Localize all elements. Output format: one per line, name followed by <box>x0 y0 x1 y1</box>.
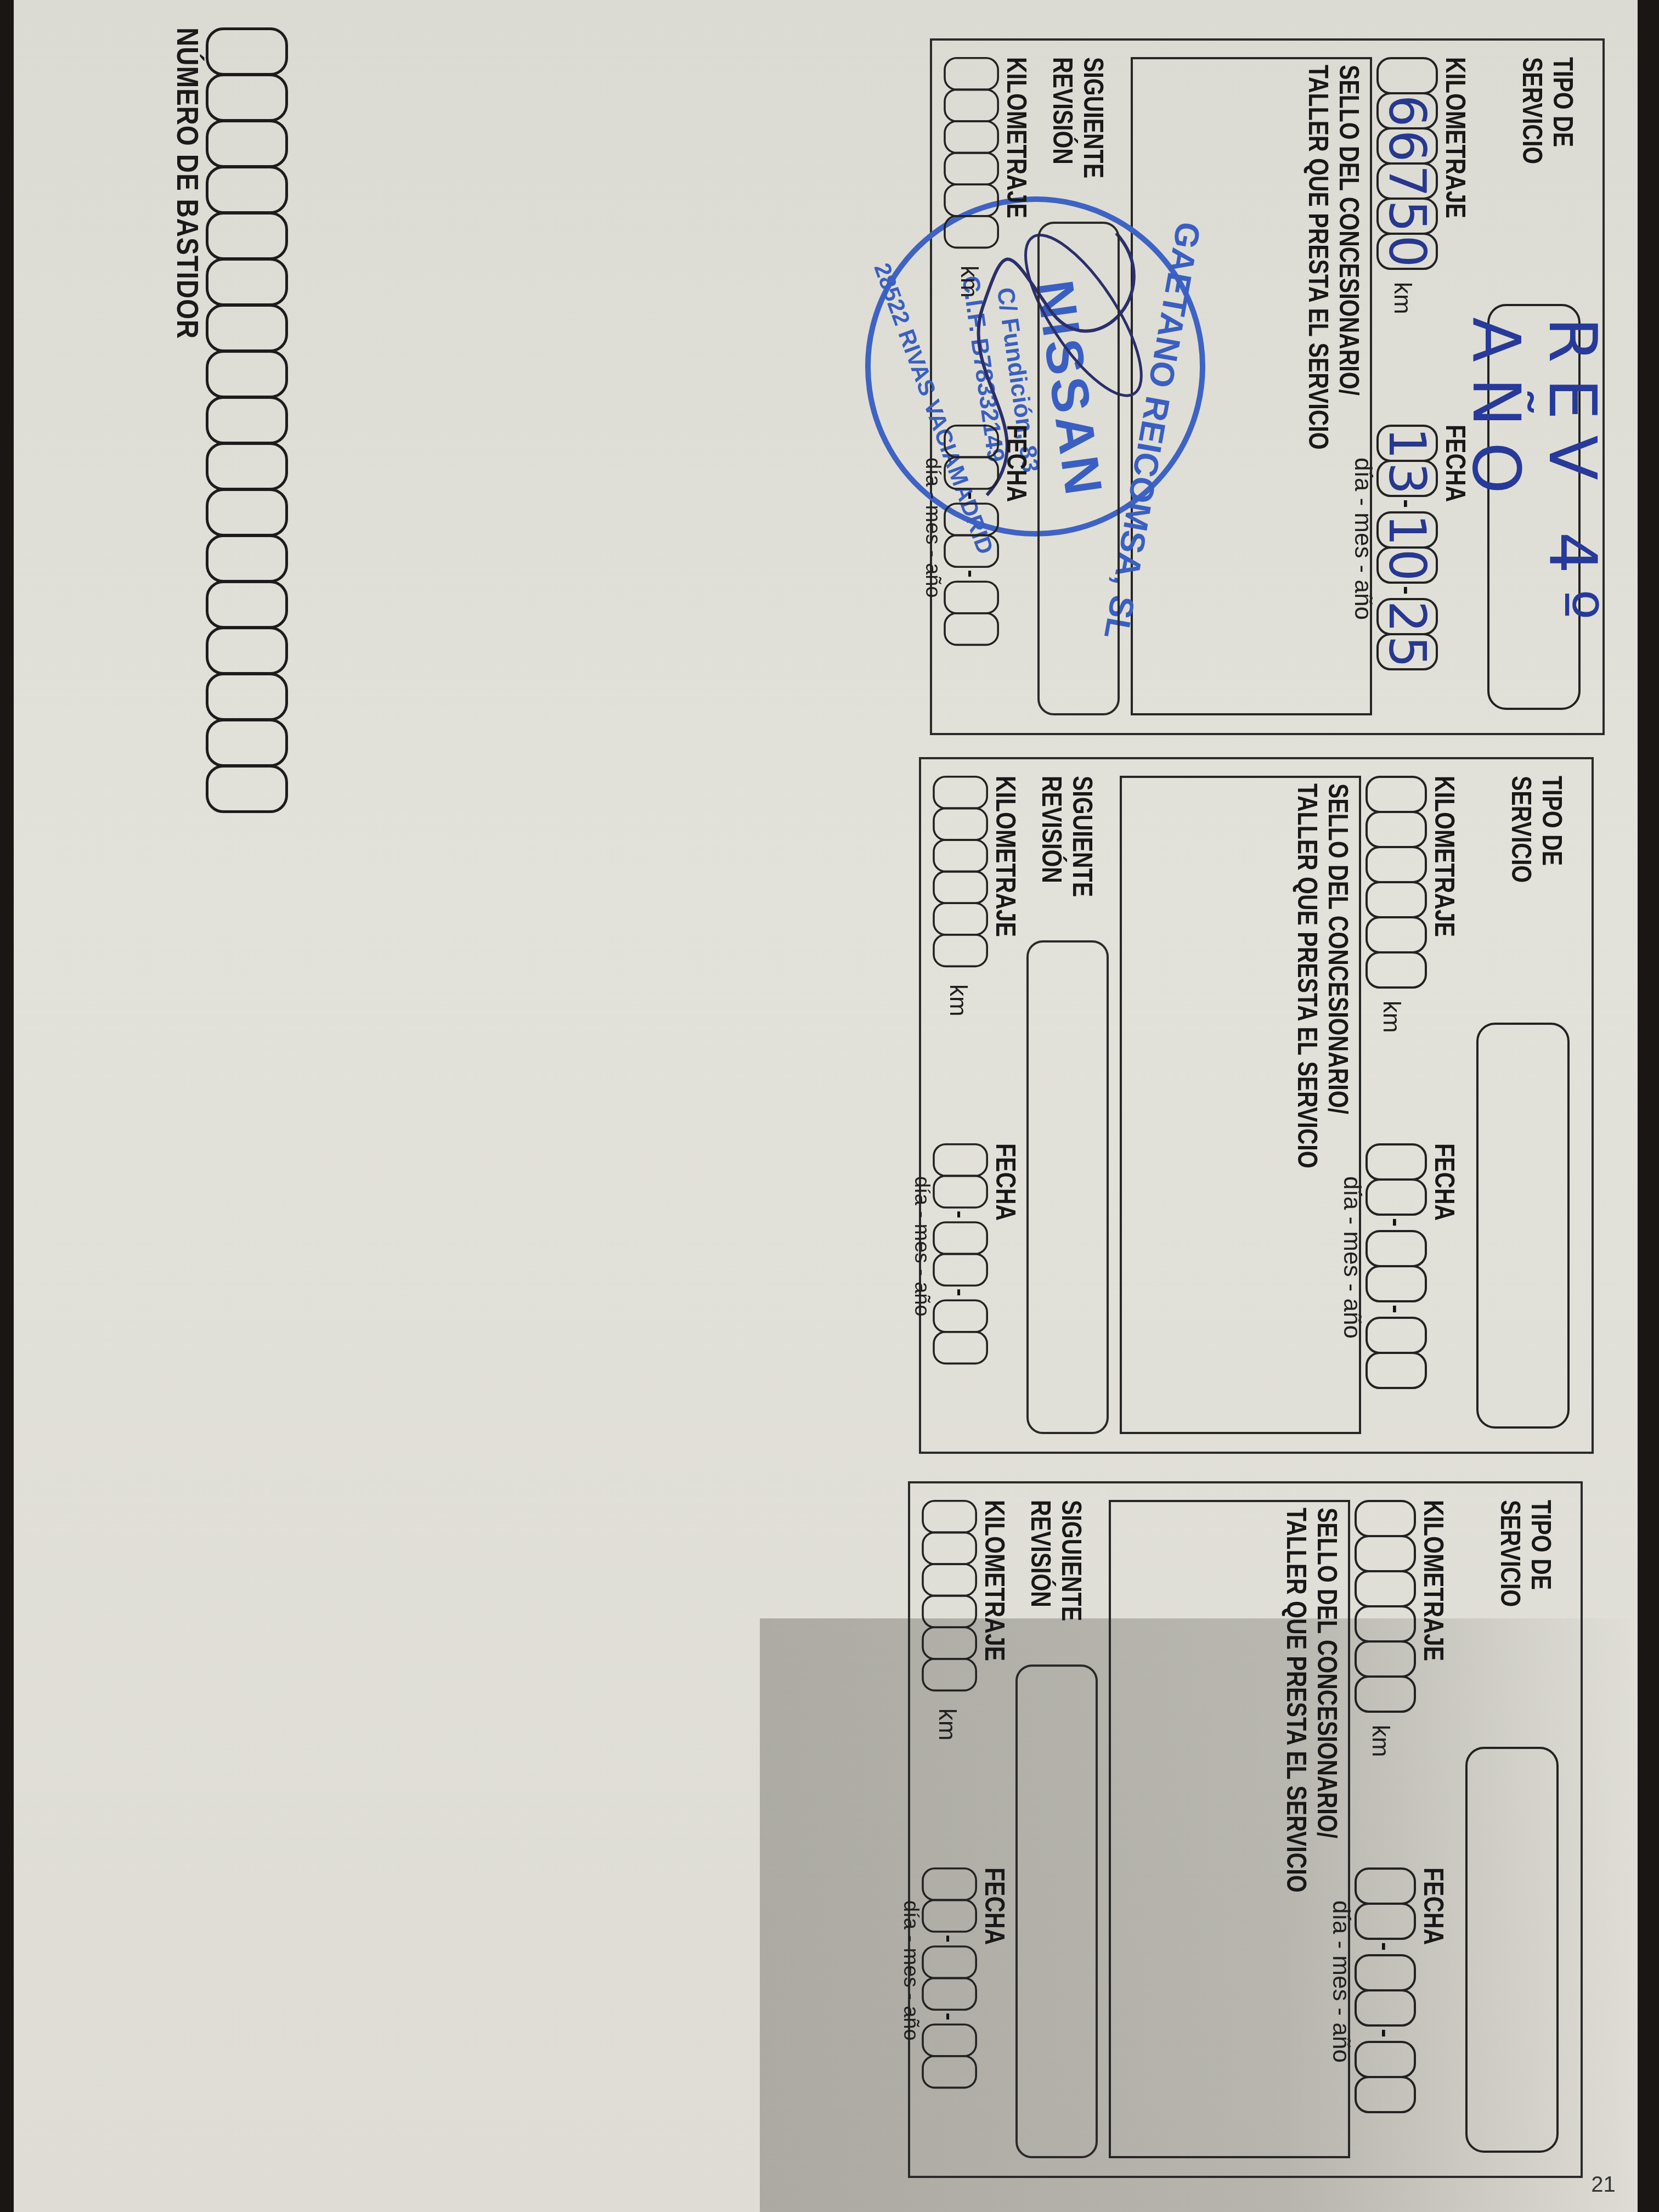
digit-box[interactable] <box>1365 916 1427 953</box>
siguiente-fecha-field[interactable]: -- <box>922 1867 977 2087</box>
digit-box[interactable] <box>1355 1675 1416 1713</box>
date-separator: - <box>1381 1218 1412 1227</box>
siguiente-fecha-field[interactable]: -- <box>944 425 999 644</box>
kilometraje-field[interactable]: 66750 <box>1376 57 1438 268</box>
digit-box[interactable] <box>933 1175 988 1209</box>
tipo-servicio-field[interactable] <box>1476 1023 1570 1429</box>
digit-box[interactable] <box>1355 1500 1416 1537</box>
digit-box[interactable] <box>944 57 999 91</box>
digit-box[interactable]: 6 <box>1376 127 1438 165</box>
service-booklet-page: TIPO DESERVICIO REV 4º AÑO KILOMETRAJE 6… <box>14 0 1638 2212</box>
digit-box[interactable] <box>922 1867 977 1901</box>
digit-box[interactable] <box>933 871 988 904</box>
vin-char-box[interactable] <box>206 74 288 122</box>
digit-box[interactable] <box>1365 951 1427 989</box>
digit-box[interactable] <box>1365 776 1427 813</box>
siguiente-fecha-field[interactable]: -- <box>933 1143 988 1363</box>
vin-char-box[interactable] <box>206 396 288 444</box>
vin-char-box[interactable] <box>206 212 288 260</box>
digit-box[interactable] <box>1365 1143 1427 1181</box>
digit-box[interactable] <box>1355 1867 1416 1905</box>
siguiente-revision-label: SIGUIENTEREVISIÓN <box>1036 776 1098 897</box>
date-format-hint: día - mes - año <box>921 458 944 598</box>
vin-char-box[interactable] <box>206 442 288 490</box>
siguiente-revision-label: SIGUIENTEREVISIÓN <box>1047 57 1109 178</box>
siguiente-kilometraje-label: KILOMETRAJE <box>1001 57 1032 218</box>
tipo-servicio-field[interactable]: REV 4º AÑO <box>1487 304 1581 710</box>
digit-box[interactable] <box>1355 1954 1416 1991</box>
vin-char-box[interactable] <box>206 719 288 767</box>
digit-box[interactable] <box>933 776 988 809</box>
digit-box[interactable] <box>1365 1352 1427 1389</box>
date-format-hint: día - mes - año <box>910 1176 933 1317</box>
digit-box[interactable] <box>922 1500 977 1533</box>
dealer-stamp-area: SELLO DEL CONCESIONARIO/TALLER QUE PREST… <box>1120 776 1361 1434</box>
digit-box[interactable] <box>922 1626 977 1660</box>
date-separator: - <box>1392 586 1423 595</box>
digit-box[interactable] <box>922 1595 977 1628</box>
digit-box[interactable] <box>933 902 988 935</box>
vin-char-box[interactable] <box>206 673 288 721</box>
digit-box[interactable]: 2 <box>1376 598 1438 635</box>
siguiente-revision-field[interactable] <box>1026 940 1109 1434</box>
service-record-card: TIPO DESERVICIO REV 4º AÑO KILOMETRAJE 6… <box>930 38 1605 735</box>
digit-box[interactable] <box>933 1253 988 1286</box>
digit-box[interactable] <box>1365 881 1427 918</box>
digit-box[interactable] <box>922 2023 977 2057</box>
digit-box[interactable] <box>1355 2041 1416 2078</box>
digit-box[interactable] <box>1365 1317 1427 1354</box>
digit-box[interactable] <box>1376 57 1438 94</box>
tipo-servicio-label: TIPO DESERVICIO <box>1506 776 1567 883</box>
digit-box[interactable] <box>1365 1265 1427 1302</box>
sello-label: SELLO DEL CONCESIONARIO/TALLER QUE PREST… <box>1303 65 1364 450</box>
digit-box[interactable] <box>944 120 999 154</box>
kilometraje-field[interactable] <box>1355 1500 1416 1711</box>
date-separator: - <box>1370 2029 1401 2038</box>
digit-box[interactable] <box>933 808 988 841</box>
vin-char-box[interactable] <box>206 580 288 629</box>
date-separator: - <box>1370 1942 1401 1951</box>
date-separator: - <box>1392 499 1423 508</box>
siguiente-kilometraje-field[interactable] <box>944 57 999 247</box>
tipo-servicio-label: TIPO DESERVICIO <box>1495 1500 1556 1607</box>
vin-char-box[interactable] <box>206 350 288 398</box>
digit-box[interactable] <box>933 934 988 967</box>
digit-box[interactable] <box>922 1899 977 1933</box>
digit-box[interactable] <box>944 152 999 185</box>
digit-box[interactable] <box>944 425 999 458</box>
siguiente-revision-field[interactable] <box>1015 1664 1098 2158</box>
digit-box[interactable] <box>922 1977 977 2011</box>
km-unit: km <box>1378 1001 1405 1033</box>
digit-box[interactable] <box>1355 1640 1416 1678</box>
digit-box[interactable]: 1 <box>1376 511 1438 549</box>
digit-box[interactable] <box>944 534 999 568</box>
fecha-field[interactable]: -- <box>1355 1867 1416 2111</box>
page-number: 21 <box>1591 2172 1616 2197</box>
digit-box[interactable] <box>1365 811 1427 848</box>
digit-box[interactable] <box>922 1945 977 1979</box>
vin-label: NÚMERO DE BASTIDOR <box>170 27 206 693</box>
digit-box[interactable] <box>933 1331 988 1364</box>
siguiente-kilometraje-field[interactable] <box>922 1500 977 1690</box>
tipo-servicio-field[interactable] <box>1465 1747 1559 2153</box>
fecha-label: FECHA <box>1429 1143 1460 1221</box>
vin-char-box[interactable] <box>206 27 288 76</box>
digit-box[interactable]: 7 <box>1376 162 1438 200</box>
date-separator: - <box>936 1934 963 1942</box>
kilometraje-field[interactable] <box>1365 776 1427 986</box>
fecha-field[interactable]: 13-10-25 <box>1376 425 1438 668</box>
vin-section: NÚMERO DE BASTIDOR <box>170 27 299 811</box>
km-unit: km <box>1367 1725 1394 1757</box>
digit-box[interactable] <box>944 183 999 217</box>
digit-box[interactable] <box>933 1221 988 1255</box>
digit-box[interactable]: 5 <box>1376 633 1438 670</box>
digit-box[interactable] <box>1355 2076 1416 2113</box>
digit-box[interactable] <box>1365 1178 1427 1216</box>
siguiente-revision-label: SIGUIENTEREVISIÓN <box>1025 1500 1087 1621</box>
siguiente-kilometraje-label: KILOMETRAJE <box>990 776 1021 937</box>
digit-box[interactable] <box>922 2055 977 2089</box>
tipo-servicio-label: TIPO DESERVICIO <box>1517 57 1578 164</box>
date-separator: - <box>936 2013 963 2021</box>
km-unit: km <box>1389 282 1416 314</box>
dealer-stamp-area: SELLO DEL CONCESIONARIO/TALLER QUE PREST… <box>1131 57 1372 715</box>
date-separator: - <box>1381 1305 1412 1313</box>
digit-box[interactable] <box>944 215 999 249</box>
digit-box[interactable] <box>1365 1230 1427 1267</box>
fecha-field[interactable]: -- <box>1365 1143 1427 1387</box>
date-format-hint: día - mes - año <box>899 1900 922 2041</box>
digit-box[interactable] <box>1355 1903 1416 1940</box>
digit-box[interactable] <box>944 456 999 490</box>
siguiente-kilometraje-label: KILOMETRAJE <box>979 1500 1010 1661</box>
digit-box[interactable] <box>944 612 999 646</box>
digit-box[interactable] <box>922 1532 977 1565</box>
digit-box[interactable] <box>1355 1989 1416 2027</box>
km-unit: km <box>933 1708 961 1741</box>
sello-label: SELLO DEL CONCESIONARIO/TALLER QUE PREST… <box>1281 1508 1342 1893</box>
fecha-label: FECHA <box>1440 425 1471 502</box>
siguiente-fecha-label: FECHA <box>990 1143 1021 1221</box>
date-separator: - <box>958 570 985 578</box>
vin-char-box[interactable] <box>206 488 288 537</box>
digit-box[interactable] <box>944 580 999 614</box>
fecha-label: FECHA <box>1418 1867 1449 1945</box>
signature <box>849 180 1221 552</box>
service-record-card: TIPO DESERVICIO KILOMETRAJE km FECHA -- … <box>919 757 1594 1454</box>
digit-box[interactable]: 0 <box>1376 546 1438 584</box>
digit-box[interactable] <box>1355 1535 1416 1572</box>
digit-box[interactable] <box>922 1658 977 1691</box>
vin-char-box[interactable] <box>206 765 288 813</box>
vin-char-box[interactable] <box>206 258 288 306</box>
digit-box[interactable]: 5 <box>1376 198 1438 235</box>
digit-box[interactable] <box>1355 1570 1416 1607</box>
kilometraje-label: KILOMETRAJE <box>1418 1500 1449 1661</box>
siguiente-revision-field[interactable] <box>1037 222 1120 715</box>
service-record-card: TIPO DESERVICIO KILOMETRAJE km FECHA -- … <box>908 1481 1583 2178</box>
siguiente-fecha-label: FECHA <box>1001 425 1032 502</box>
vin-char-box[interactable] <box>206 534 288 583</box>
km-unit: km <box>955 266 983 298</box>
kilometraje-label: KILOMETRAJE <box>1429 776 1460 937</box>
kilometraje-label: KILOMETRAJE <box>1440 57 1471 218</box>
digit-box[interactable] <box>944 89 999 122</box>
km-unit: km <box>944 984 972 1017</box>
date-separator: - <box>947 1210 974 1218</box>
digit-box[interactable]: 6 <box>1376 92 1438 129</box>
siguiente-fecha-label: FECHA <box>979 1867 1010 1945</box>
dealer-stamp: GAETANO REICOMSA, SLNISSANC/ Fundición, … <box>843 174 1227 558</box>
digit-box[interactable]: 3 <box>1376 460 1438 497</box>
digit-box[interactable]: 1 <box>1376 425 1438 462</box>
date-separator: - <box>947 1289 974 1296</box>
vin-char-box[interactable] <box>206 166 288 214</box>
vin-char-box[interactable] <box>206 304 288 352</box>
vin-char-box[interactable] <box>206 627 288 675</box>
siguiente-kilometraje-field[interactable] <box>933 776 988 966</box>
vin-input-boxes <box>206 27 288 811</box>
digit-box[interactable] <box>944 503 999 536</box>
dealer-stamp-area: SELLO DEL CONCESIONARIO/TALLER QUE PREST… <box>1109 1500 1350 2158</box>
sello-label: SELLO DEL CONCESIONARIO/TALLER QUE PREST… <box>1292 783 1353 1169</box>
digit-box[interactable] <box>933 1143 988 1177</box>
digit-box[interactable] <box>933 1299 988 1333</box>
digit-box[interactable] <box>1365 846 1427 883</box>
digit-box[interactable] <box>922 1563 977 1596</box>
date-separator: - <box>958 492 985 499</box>
digit-box[interactable] <box>1355 1605 1416 1643</box>
digit-box[interactable]: 0 <box>1376 233 1438 270</box>
vin-char-box[interactable] <box>206 120 288 168</box>
digit-box[interactable] <box>933 839 988 872</box>
